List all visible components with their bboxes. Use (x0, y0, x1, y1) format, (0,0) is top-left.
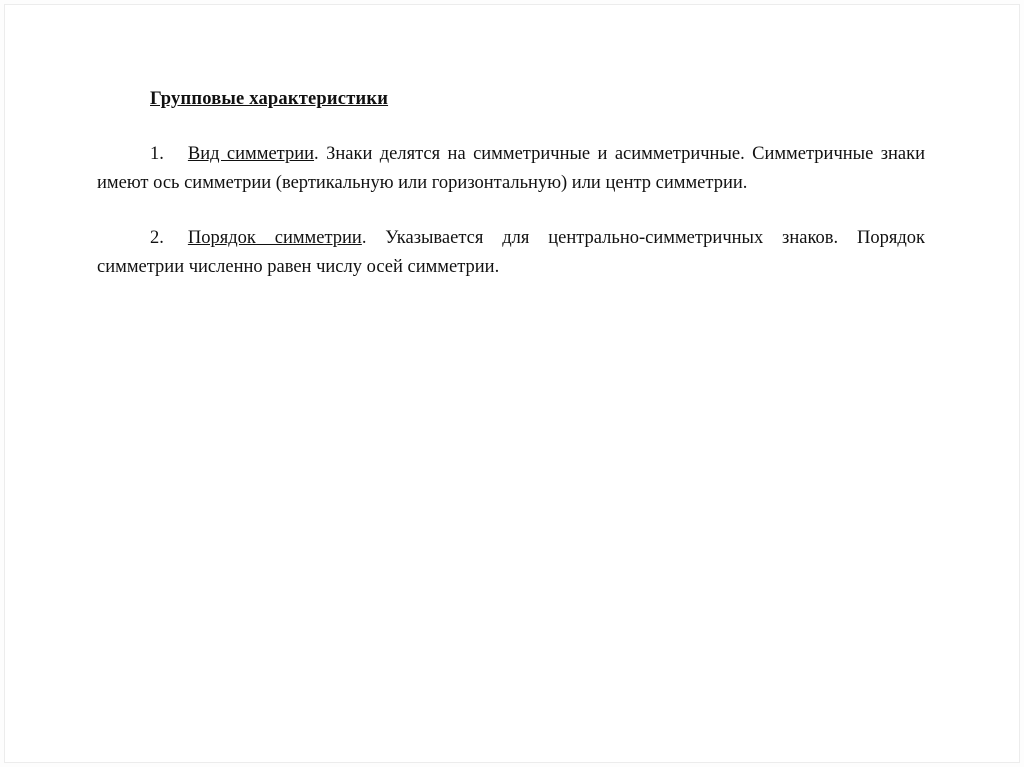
slide-frame: Групповые характеристики 1.Вид симметрии… (4, 4, 1020, 763)
slide-content: Групповые характеристики 1.Вид симметрии… (97, 85, 925, 308)
list-number: 1. (150, 144, 164, 164)
paragraph-symmetry-order: 2.Порядок симметрии. Указывается для цен… (97, 224, 925, 281)
slide-title: Групповые характеристики (150, 85, 925, 114)
slide-stage: Групповые характеристики 1.Вид симметрии… (0, 0, 1024, 767)
paragraph-symmetry-type: 1.Вид симметрии. Знаки делятся на симмет… (97, 140, 925, 197)
list-number: 2. (150, 228, 164, 248)
term-underlined: Порядок симметрии (188, 228, 362, 248)
term-underlined: Вид симметрии (188, 144, 314, 164)
